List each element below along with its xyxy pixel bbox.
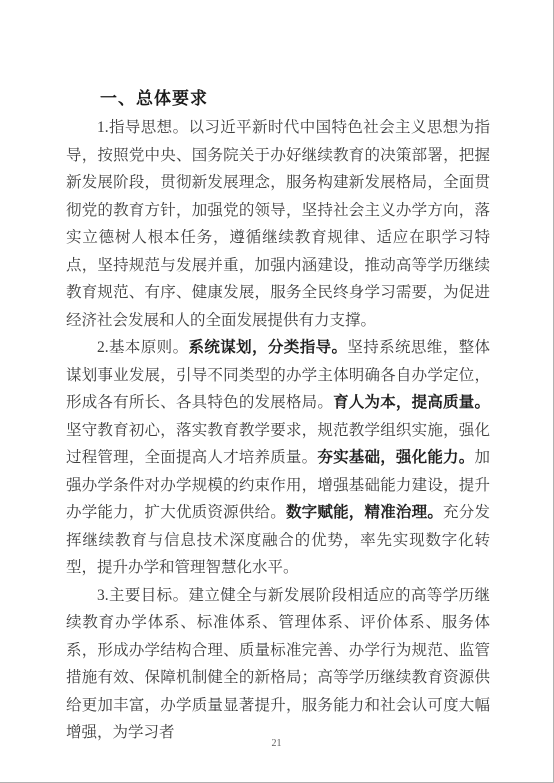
section-heading: 一、总体要求 [66, 84, 490, 114]
paragraph-2-segment-3-bold: 育人为本，提高质量。 [333, 394, 490, 411]
page-number: 21 [0, 738, 553, 749]
paragraph-2-segment-5-bold: 夯实基础，强化能力。 [317, 449, 474, 466]
paragraph-3-text: 3.主要目标。建立健全与新发展阶段相适应的高等学历继续教育办学体系、标准体系、管… [66, 587, 490, 742]
paragraph-basic-principles: 2.基本原则。系统谋划，分类指导。坚持系统思维，整体谋划事业发展，引导不同类型的… [66, 334, 490, 582]
paragraph-2-segment-7-bold: 数字赋能，精准治理。 [286, 504, 443, 521]
paragraph-2-segment-1-bold: 系统谋划，分类指导。 [188, 339, 347, 356]
document-page: 一、总体要求 1.指导思想。以习近平新时代中国特色社会主义思想为指导，按照党中央… [0, 0, 554, 783]
paragraph-main-goals: 3.主要目标。建立健全与新发展阶段相适应的高等学历继续教育办学体系、标准体系、管… [66, 582, 490, 747]
document-content: 一、总体要求 1.指导思想。以习近平新时代中国特色社会主义思想为指导，按照党中央… [66, 84, 490, 747]
paragraph-1-text: 1.指导思想。以习近平新时代中国特色社会主义思想为指导，按照党中央、国务院关于办… [66, 119, 490, 329]
paragraph-guiding-ideology: 1.指导思想。以习近平新时代中国特色社会主义思想为指导，按照党中央、国务院关于办… [66, 114, 490, 334]
paragraph-2-segment-0: 2.基本原则。 [97, 339, 188, 356]
